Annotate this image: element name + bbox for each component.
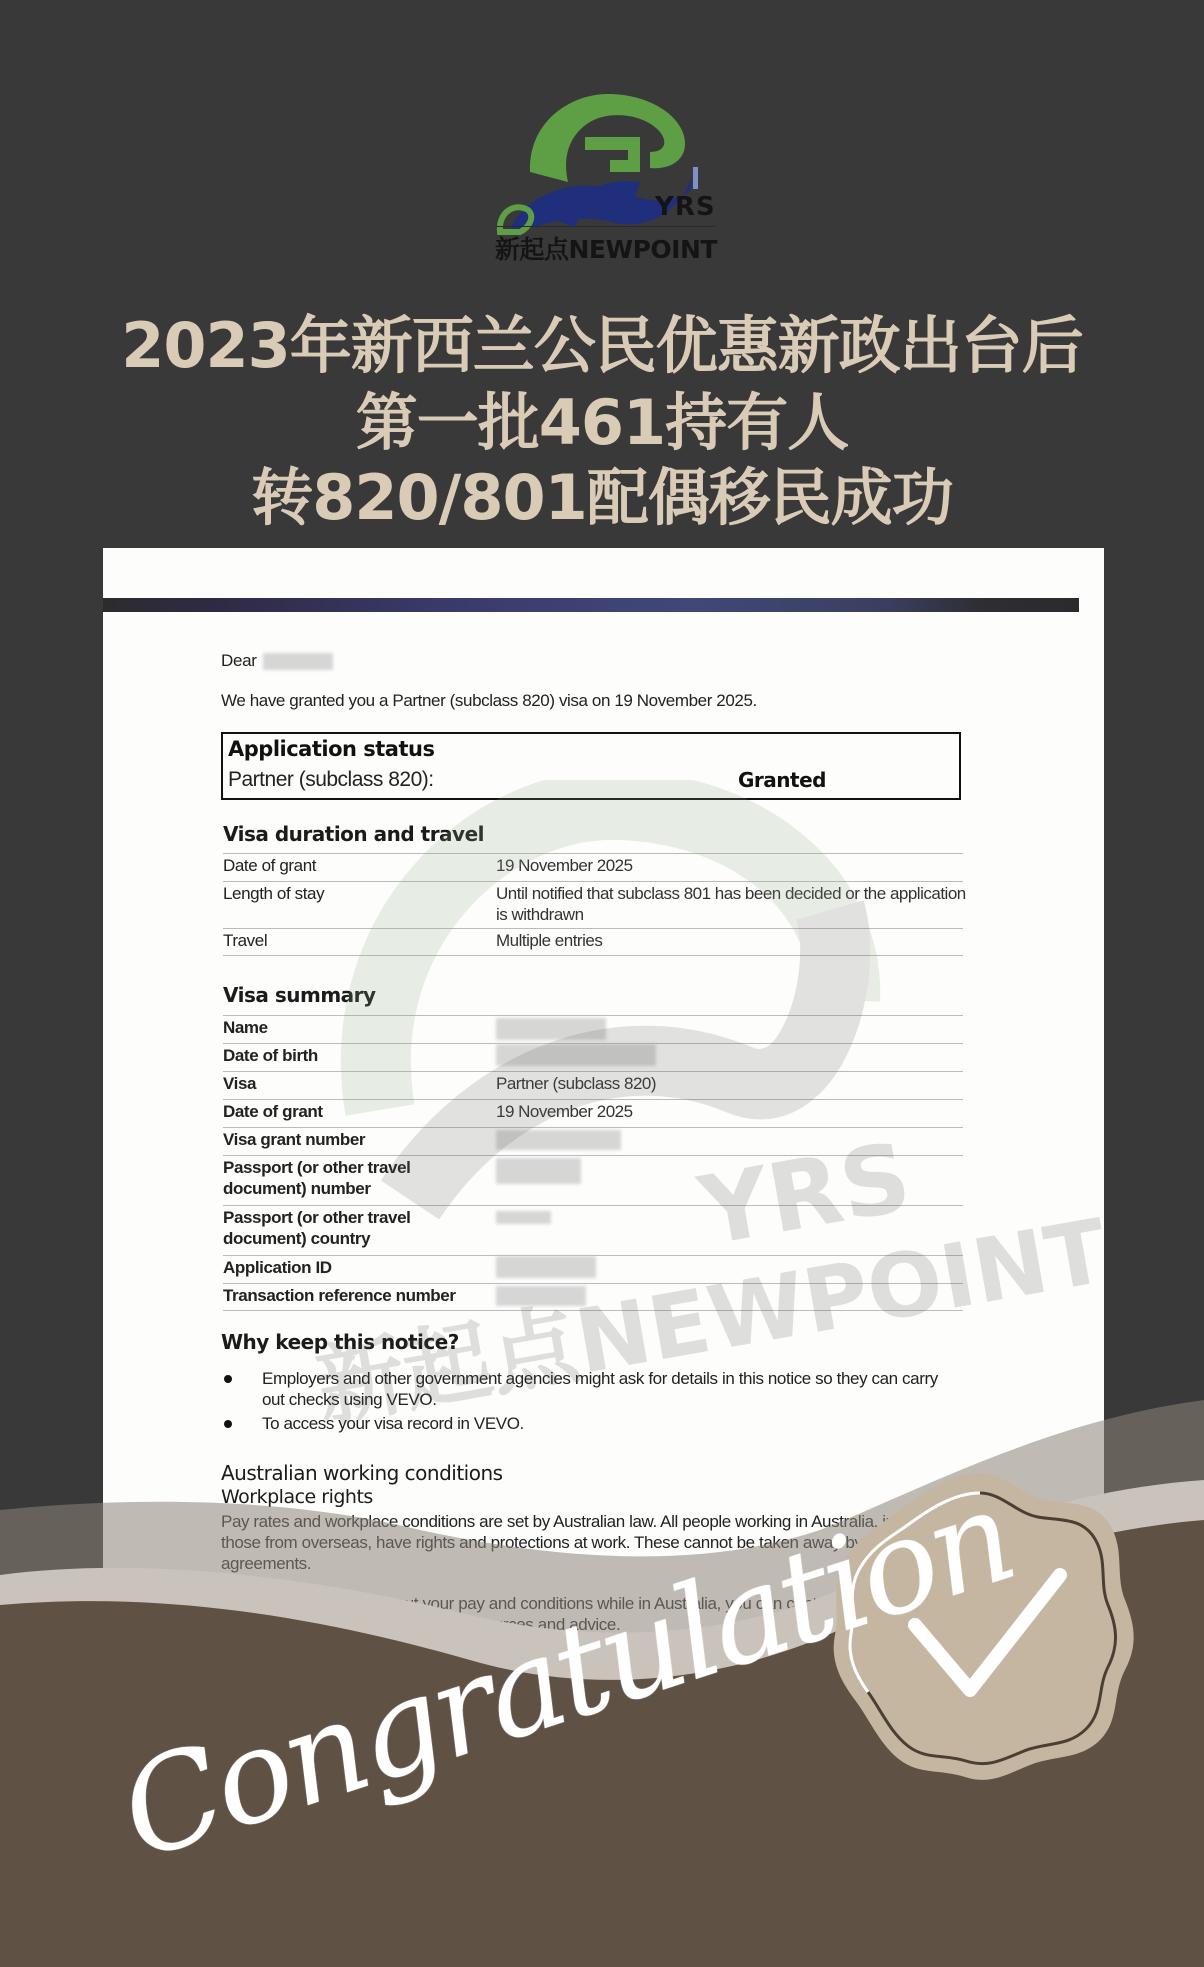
redacted-name [263,653,333,670]
redacted-value [496,1211,551,1224]
table-row: Passport (or other travel document) numb… [223,1155,963,1205]
application-status-label: Partner (subclass 820): [228,768,434,792]
row-value: 19 November 2025 [496,1101,966,1122]
status-badge: Granted [738,768,826,792]
row-value: Partner (subclass 820) [496,1073,966,1094]
row-key: Passport (or other travel document) coun… [223,1207,453,1249]
headline-line-3: 转820/801配偶移民成功 [0,467,1204,529]
application-status-title: Application status [228,737,434,761]
row-key: Date of grant [223,1101,323,1122]
table-row: Application ID [223,1255,963,1283]
redacted-value [496,1256,596,1278]
redacted-value [496,1044,656,1066]
table-row: Visa grant number [223,1127,963,1155]
row-value: 19 November 2025 [496,855,966,876]
document-header-bar [103,598,1079,612]
visa-duration-title: Visa duration and travel [223,822,484,846]
visa-summary-table: Name Date of birth Visa Partner (subclas… [223,1015,963,1311]
row-key: Travel [223,930,267,951]
table-row: Name [223,1015,963,1043]
logo-brand-full: 新起点NEWPOINT [495,230,717,266]
row-key: Date of grant [223,855,316,876]
table-row: Travel Multiple entries [223,928,963,956]
newpoint-logo: YRS 新起点NEWPOINT [490,82,720,267]
redacted-value [496,1158,581,1184]
table-row: Date of grant 19 November 2025 [223,1099,963,1127]
redacted-value [496,1286,586,1306]
row-key: Transaction reference number [223,1285,503,1306]
application-status-box: Application status Partner (subclass 820… [221,732,961,800]
row-key: Date of birth [223,1045,318,1066]
headline-line-1: 2023年新西兰公民优惠新政出台后 [0,315,1204,377]
visa-summary-title: Visa summary [223,983,376,1007]
table-row: Passport (or other travel document) coun… [223,1205,963,1255]
row-value: Multiple entries [496,930,966,951]
table-row: Visa Partner (subclass 820) [223,1071,963,1099]
table-row: Length of stay Until notified that subcl… [223,881,963,928]
headline-line-2: 第一批461持有人 [0,392,1204,454]
row-key: Name [223,1017,268,1038]
row-key: Visa [223,1073,256,1094]
row-value: Until notified that subclass 801 has bee… [496,883,966,925]
visa-duration-table: Date of grant 19 November 2025 Length of… [223,853,963,956]
logo-brand-short: YRS [655,192,716,222]
table-row: Date of birth [223,1043,963,1071]
logo-divider [495,226,715,227]
greeting: Dear [221,651,257,671]
why-keep-title: Why keep this notice? [221,1330,459,1354]
table-row: Transaction reference number [223,1283,963,1311]
row-key: Passport (or other travel document) numb… [223,1157,453,1199]
intro-text: We have granted you a Partner (subclass … [221,691,757,711]
row-key: Length of stay [223,883,324,904]
row-key: Application ID [223,1257,332,1278]
redacted-value [496,1130,621,1150]
row-key: Visa grant number [223,1129,365,1150]
table-row: Date of grant 19 November 2025 [223,853,963,881]
redacted-value [496,1018,606,1040]
